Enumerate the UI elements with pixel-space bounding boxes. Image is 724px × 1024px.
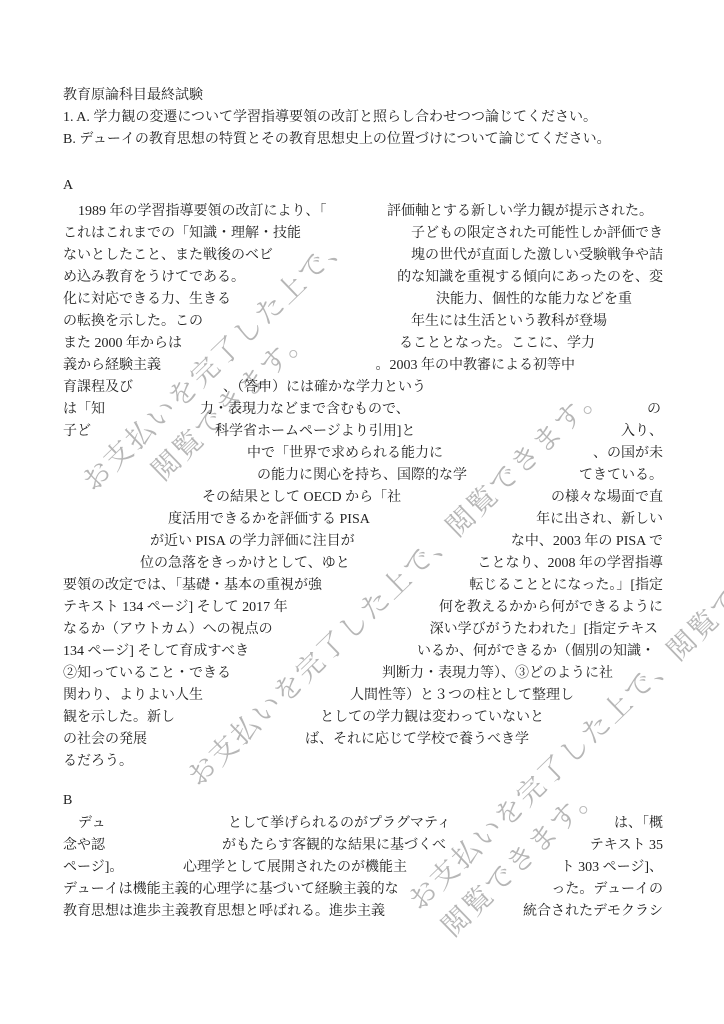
text-segment: 年に出され、新しい [536,511,663,529]
text-segment: 念や認 [63,837,105,855]
text-segment: ないとしたこと、また戦後のベビ [63,247,273,265]
text-segment: 1989 年の学習指導要領の改訂により、「 [78,203,327,221]
text-segment: な中、2003 年の PISA で [511,533,663,551]
text-segment: 要領の改定では、「基礎・基本の重視が強 [63,577,322,595]
section-b-label: B [63,792,72,810]
text-segment: 度活用できるかを評価する PISA [168,511,370,529]
text-segment: の様々な場面で直 [551,489,663,507]
text-segment: 。2003 年の中教審による初等中 [376,357,576,375]
section-a-label: A [63,177,73,195]
text-segment: が近い PISA の学力評価に注目が [150,533,355,551]
text-segment: なるか（アウトカム）への視点の [63,621,273,639]
answer-text-layer: 1989 年の学習指導要領の改訂により、「評価軸とする新しい学力観が提示された。… [0,0,724,1024]
text-segment: ページ]。 [63,859,123,877]
text-segment: 評価軸とする新しい学力観が提示された。 [387,203,653,221]
text-segment: 決能力、個性的な能力などを重 [436,291,632,309]
text-segment: また 2000 年からは [63,335,182,353]
text-segment: として挙げられるのがプラグマティ [228,815,451,833]
text-segment: 、の国が未 [593,445,663,463]
text-segment: の社会の発展 [63,731,147,749]
text-segment: の能力に関心を持ち、国際的な学 [257,467,467,485]
text-segment: 的な知識を重視する傾向にあったのを、変 [397,269,663,287]
text-segment: は、「概 [614,815,663,833]
text-segment: いるか、何ができるか（個別の知識・ [417,643,655,661]
text-segment: デューイは機能主義的心理学に基づいて経験主義的な [63,881,399,899]
text-segment: ト 303 ページ]、 [561,859,663,877]
text-segment: 義から経験主義 [63,357,161,375]
text-segment: 育課程及び [63,379,133,397]
text-segment: 年生には生活という教科が登場 [411,313,607,331]
text-segment: 位の急落をきっかけとして、ゆと [140,555,350,573]
text-segment: 中で「世界で求められる能力に [247,445,443,463]
text-segment: その結果として OECD から「社 [202,489,401,507]
text-segment: 心理学として展開されたのが機能主 [183,859,407,877]
text-segment: 人間性等）と３つの柱として整理し [350,687,574,705]
text-segment: った。デューイの [551,881,663,899]
text-segment: 子どもの限定された可能性しか評価でき [411,225,663,243]
text-segment: 観を示した。新し [63,709,175,727]
document-title: 教育原論科目最終試験 [63,87,203,105]
text-segment: の [647,401,661,419]
text-segment: 入り、 [621,423,663,441]
text-segment: るだろう。 [63,753,133,771]
document-page: お支払いを完了した上で、閲覧できます。お支払いを完了した上で、閲覧できます。お支… [0,0,724,1024]
text-segment: 子ど [63,423,91,441]
text-segment: 科学省ホームページより引用]と [215,423,415,441]
text-segment: がもたらす客観的な結果に基づくべ [222,837,446,855]
exam-question-a: 1. A. 学力観の変遷について学習指導要領の改訂と照らし合わせつつ論じてくださ… [63,109,597,127]
text-segment: 何を教えるかから何ができるように [439,599,663,617]
text-segment: ②知っていること・できる [63,665,231,683]
text-segment: ることとなった。ここに、学力 [399,335,595,353]
text-segment: め込み教育をうけてである。 [63,269,245,287]
text-segment: としての学力観は変わっていないと [320,709,544,727]
text-segment: ことなり、2008 年の学習指導 [478,555,664,573]
text-segment: 教育思想は進歩主義教育思想と呼ばれる。進歩主義 [63,903,385,921]
text-segment: 塊の世代が直面した激しい受験戦争や詰 [411,247,663,265]
text-segment: テキスト 35 [590,837,663,855]
text-segment: は「知 [63,401,105,419]
text-segment: 判断力・表現力等）、③どのように社 [382,665,613,683]
text-segment: 関わり、よりよい人生 [63,687,203,705]
text-segment: ば、それに応じて学校で養うべき学 [305,731,529,749]
exam-question-b: B. デューイの教育思想の特質とその教育思想史上の位置づけについて論じてください… [63,131,611,149]
text-segment: 、（答申）には確かな学力という [223,379,426,397]
text-segment: てきている。 [579,467,663,485]
text-segment: 化に対応できる力、生きる [63,291,231,309]
text-segment: 転じることとになった。」[指定 [469,577,663,595]
text-segment: 深い学びがうたわれた」[指定テキス [430,621,658,639]
text-segment: テキスト 134 ページ] そして 2017 年 [63,599,288,617]
text-segment: 134 ページ] そして育成すべき [63,643,249,661]
text-segment: これはこれまでの「知識・理解・技能 [63,225,301,243]
text-segment: 力・表現力などまで含むもので、 [200,401,410,419]
text-segment: デュ [78,815,106,833]
text-segment: の転換を示した。この [63,313,203,331]
text-segment: 統合されたデモクラシ [523,903,663,921]
